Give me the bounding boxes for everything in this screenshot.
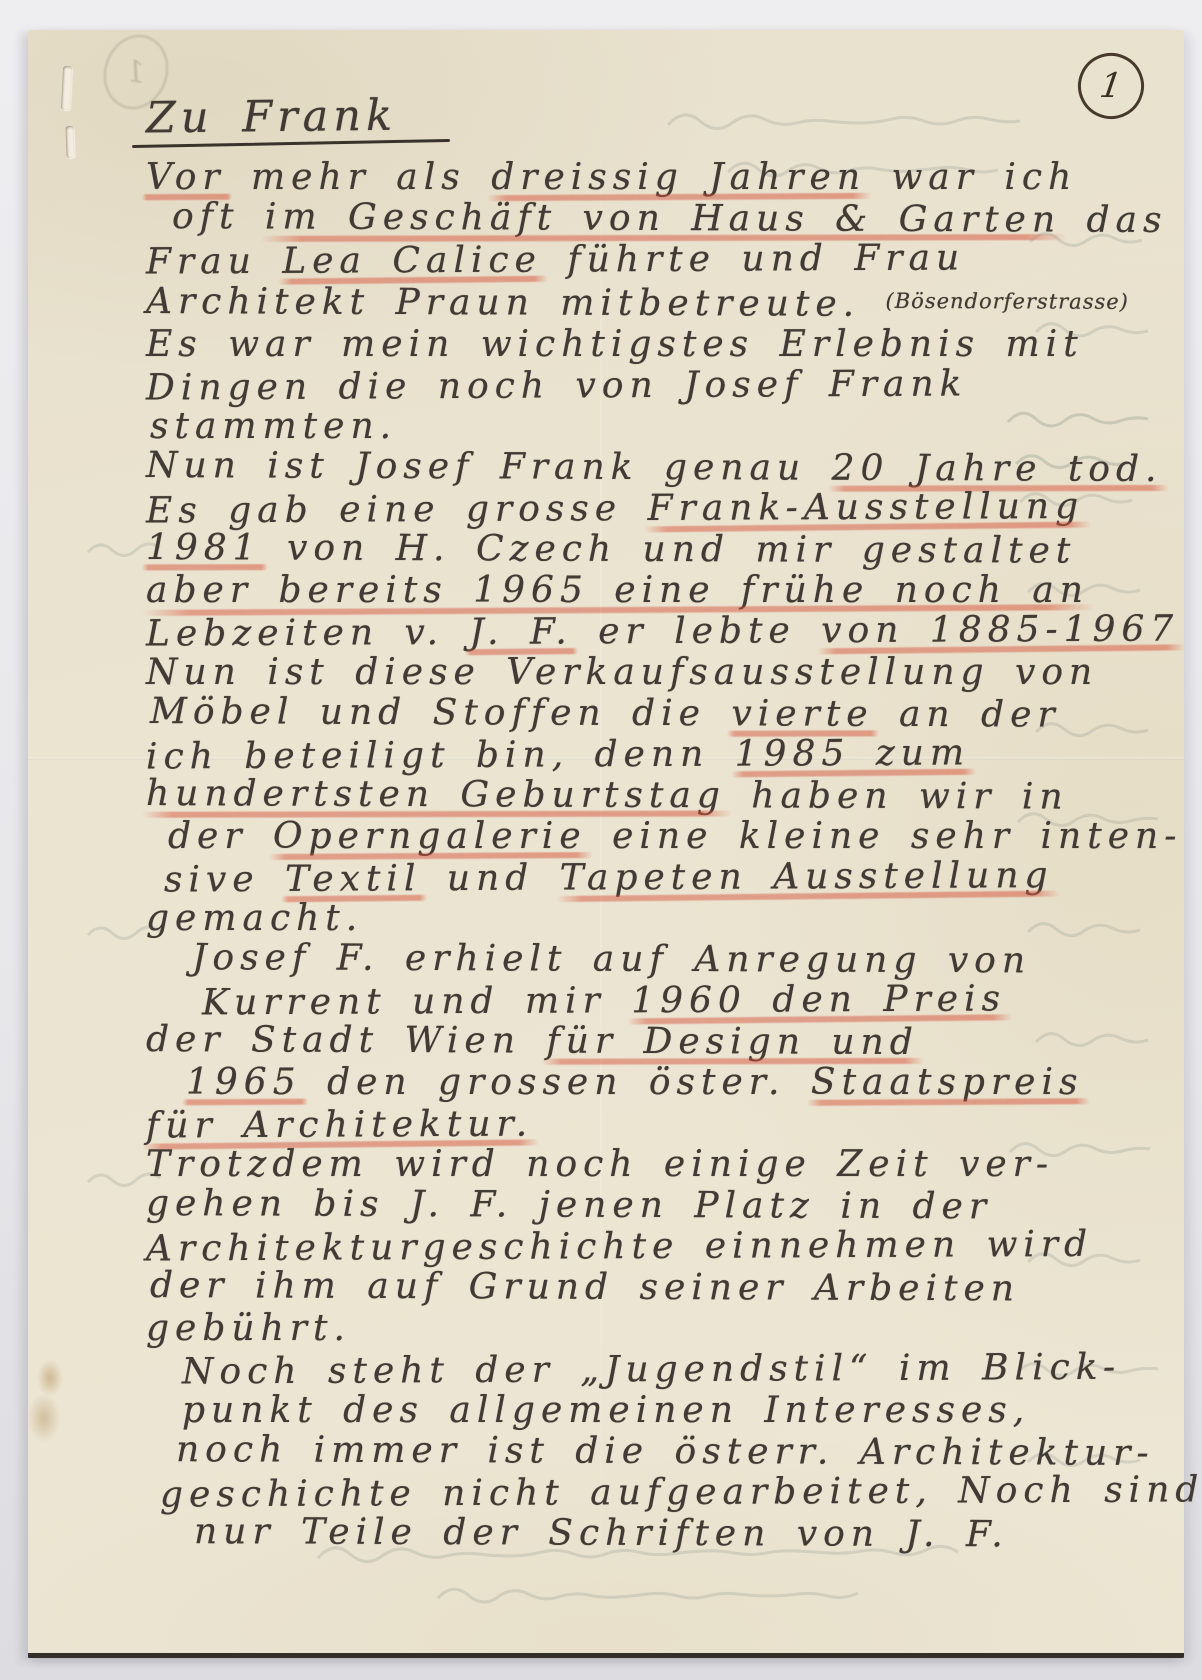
handwritten-line: oft im Geschäft von Haus & Garten das bbox=[172, 196, 1166, 241]
handwritten-line: Architekturgeschichte einnehmen wird bbox=[146, 1224, 1166, 1270]
red-underlined-text: Staatspreis bbox=[811, 1062, 1084, 1103]
red-underlined-text: Tapeten Ausstellung bbox=[560, 855, 1054, 898]
text-segment: Nun ist diese Verkaufsausstellung von bbox=[146, 652, 1098, 693]
text-segment: oft bbox=[172, 196, 265, 237]
text-segment: Nun ist Josef Frank genau bbox=[146, 445, 832, 489]
handwritten-line: noch immer ist die österr. Architektur- bbox=[176, 1429, 1166, 1474]
scanner-background: 1 1 Zu Frank Vor mehr als dreissig Jahre… bbox=[0, 0, 1202, 1680]
red-underlined-text: Lea Calice bbox=[282, 240, 542, 282]
handwritten-line: Architekt Praun mitbetreute. (Bösendorfe… bbox=[146, 278, 1166, 326]
handwritten-line: gebührt. bbox=[146, 1308, 1166, 1349]
text-segment: mehr als bbox=[226, 157, 492, 198]
red-underlined-text: für Design und bbox=[546, 1021, 919, 1063]
text-segment: der bbox=[168, 816, 273, 857]
text-segment: führte und Frau bbox=[542, 237, 965, 280]
handwritten-line: Nun ist diese Verkaufsausstellung von bbox=[146, 652, 1166, 693]
red-underlined-text: von 1885-1967 bbox=[821, 608, 1179, 651]
staple-mark bbox=[65, 126, 74, 158]
red-underlined-text: Operngalerie bbox=[273, 816, 587, 857]
red-underlined-text: vierte bbox=[731, 693, 873, 735]
red-underlined-text: 1965 bbox=[186, 1062, 302, 1103]
handwritten-text-block: Zu Frank Vor mehr als dreissig Jahren wa… bbox=[146, 88, 1166, 1554]
text-segment: von H. Czech und mir gestaltet bbox=[262, 527, 1077, 571]
text-segment: eine kleine sehr inten- bbox=[587, 816, 1183, 857]
handwritten-line: Trotzdem wird noch einige Zeit ver- bbox=[146, 1144, 1166, 1185]
handwritten-line: der ihm auf Grund seiner Arbeiten bbox=[150, 1265, 1166, 1310]
text-segment: sive bbox=[164, 859, 285, 901]
handwritten-line: Kurrent und mir 1960 den Preis bbox=[202, 978, 1166, 1024]
text-segment: Architekturgeschichte einnehmen wird bbox=[146, 1224, 1093, 1270]
red-underlined-text: Frank-Ausstellung bbox=[647, 486, 1084, 529]
margin-annotation: (Bösendorferstrasse) bbox=[886, 289, 1129, 314]
handwritten-line: ich beteiligt bin, denn 1985 zum bbox=[146, 732, 1166, 778]
text-segment: noch immer ist die österr. Architektur- bbox=[176, 1429, 1155, 1474]
text-segment: den grossen öster. bbox=[302, 1062, 811, 1103]
handwritten-line: geschichte nicht aufgearbeitet, Noch sin… bbox=[160, 1470, 1166, 1516]
text-segment: Architekt Praun mitbetreute. bbox=[146, 281, 886, 325]
red-underlined-text: 1985 zum bbox=[735, 732, 971, 774]
red-underlined-text: 20 Jahre tod. bbox=[832, 448, 1163, 490]
handwritten-line: Nun ist Josef Frank genau 20 Jahre tod. bbox=[146, 445, 1166, 490]
handwritten-line: Es gab eine grosse Frank-Ausstellung bbox=[146, 486, 1166, 532]
text-segment: Noch steht der „Jugendstil“ im Blick- bbox=[182, 1347, 1121, 1393]
staple-mark bbox=[61, 66, 72, 110]
text-segment: das bbox=[1061, 200, 1168, 241]
red-underlined-text: hundertsten Geburtstag bbox=[146, 773, 726, 816]
red-underlined-text: Textil bbox=[285, 858, 422, 900]
red-underlined-text: aber bereits 1965 eine frühe noch an bbox=[146, 570, 1089, 611]
handwritten-line: der Operngalerie eine kleine sehr inten- bbox=[168, 816, 1166, 857]
handwritten-line: Dingen die noch von Josef Frank bbox=[146, 363, 1166, 409]
handwritten-line: Noch steht der „Jugendstil“ im Blick- bbox=[182, 1347, 1166, 1393]
handwritten-line: Josef F. erhielt auf Anregung von bbox=[192, 937, 1166, 982]
handwritten-line: Möbel und Stoffen die vierte an der bbox=[150, 691, 1166, 736]
handwritten-lines: Vor mehr als dreissig Jahren war ichoft … bbox=[146, 157, 1166, 1554]
text-segment: haben wir in bbox=[726, 775, 1069, 817]
text-segment: Kurrent und mir bbox=[202, 980, 631, 1023]
text-segment: Dingen die noch von Josef Frank bbox=[146, 363, 968, 408]
handwritten-line: Lebzeiten v. J. F. er lebte von 1885-196… bbox=[146, 609, 1166, 655]
red-underlined-text: Vor bbox=[146, 157, 226, 198]
text-segment: Lebzeiten v. bbox=[146, 612, 470, 655]
text-segment: Frau bbox=[146, 241, 282, 283]
text-segment: gehen bis J. F. jenen Platz in der bbox=[146, 1183, 992, 1227]
text-segment: punkt des allgemeinen Interesses, bbox=[182, 1390, 1030, 1431]
handwritten-line: sive Textil und Tapeten Ausstellung bbox=[164, 855, 1166, 901]
text-segment: Möbel und Stoffen die bbox=[150, 691, 732, 734]
text-segment: nur Teile der Schriften von J. F. bbox=[194, 1511, 1009, 1555]
text-segment: der Stadt Wien bbox=[146, 1019, 547, 1062]
text-segment: an der bbox=[873, 694, 1060, 736]
handwritten-line: Vor mehr als dreissig Jahren war ich bbox=[146, 157, 1166, 198]
red-underlined-text: für Architektur. bbox=[146, 1104, 533, 1147]
paper-stain bbox=[14, 1348, 74, 1448]
handwritten-line: 1965 den grossen öster. Staatspreis bbox=[186, 1062, 1166, 1103]
handwritten-line: nur Teile der Schriften von J. F. bbox=[194, 1511, 1166, 1556]
handwritten-line: punkt des allgemeinen Interesses, bbox=[182, 1390, 1166, 1431]
handwritten-line: der Stadt Wien für Design und bbox=[146, 1019, 1166, 1064]
text-segment: geschichte nicht aufgearbeitet, Noch sin… bbox=[160, 1469, 1202, 1515]
red-underlined-text: im Geschäft von Haus & Garten bbox=[265, 196, 1061, 240]
red-underlined-text: 1960 den Preis bbox=[631, 978, 1006, 1021]
text-segment: war ich bbox=[866, 157, 1077, 198]
paper-sheet: 1 1 Zu Frank Vor mehr als dreissig Jahre… bbox=[28, 30, 1184, 1658]
text-segment: Es war mein wichtigstes Erlebnis mit bbox=[146, 324, 1084, 365]
handwritten-line: gemacht. bbox=[146, 898, 1166, 939]
text-segment: und bbox=[421, 858, 560, 900]
handwritten-line: für Architektur. bbox=[146, 1101, 1166, 1147]
text-segment: stammten. bbox=[150, 406, 397, 447]
text-segment: er lebte bbox=[573, 610, 822, 652]
handwritten-line: gehen bis J. F. jenen Platz in der bbox=[146, 1183, 1166, 1228]
text-segment: ich beteiligt bin, denn bbox=[146, 734, 735, 778]
letter-heading: Zu Frank bbox=[146, 83, 1166, 144]
handwritten-line: stammten. bbox=[150, 406, 1166, 447]
text-segment: Josef F. erhielt auf Anregung von bbox=[192, 937, 1031, 981]
text-segment: Trotzdem wird noch einige Zeit ver- bbox=[146, 1144, 1054, 1185]
handwritten-line: aber bereits 1965 eine frühe noch an bbox=[146, 570, 1166, 611]
red-underlined-text: J. F. bbox=[469, 611, 573, 653]
text-segment: der ihm auf Grund seiner Arbeiten bbox=[150, 1265, 1020, 1309]
handwritten-line: Frau Lea Calice führte und Frau bbox=[146, 237, 1166, 283]
handwritten-line: hundertsten Geburtstag haben wir in bbox=[146, 773, 1166, 818]
handwritten-line: Es war mein wichtigstes Erlebnis mit bbox=[146, 324, 1166, 365]
red-underlined-text: dreissig Jahren bbox=[491, 157, 866, 198]
page-number-ghost-digit: 1 bbox=[124, 53, 148, 90]
red-underlined-text: 1981 bbox=[146, 527, 262, 568]
handwritten-line: 1981 von H. Czech und mir gestaltet bbox=[146, 527, 1166, 572]
text-segment: Es gab eine grosse bbox=[146, 488, 648, 531]
text-segment: gebührt. bbox=[146, 1308, 351, 1349]
text-segment: gemacht. bbox=[146, 898, 363, 939]
